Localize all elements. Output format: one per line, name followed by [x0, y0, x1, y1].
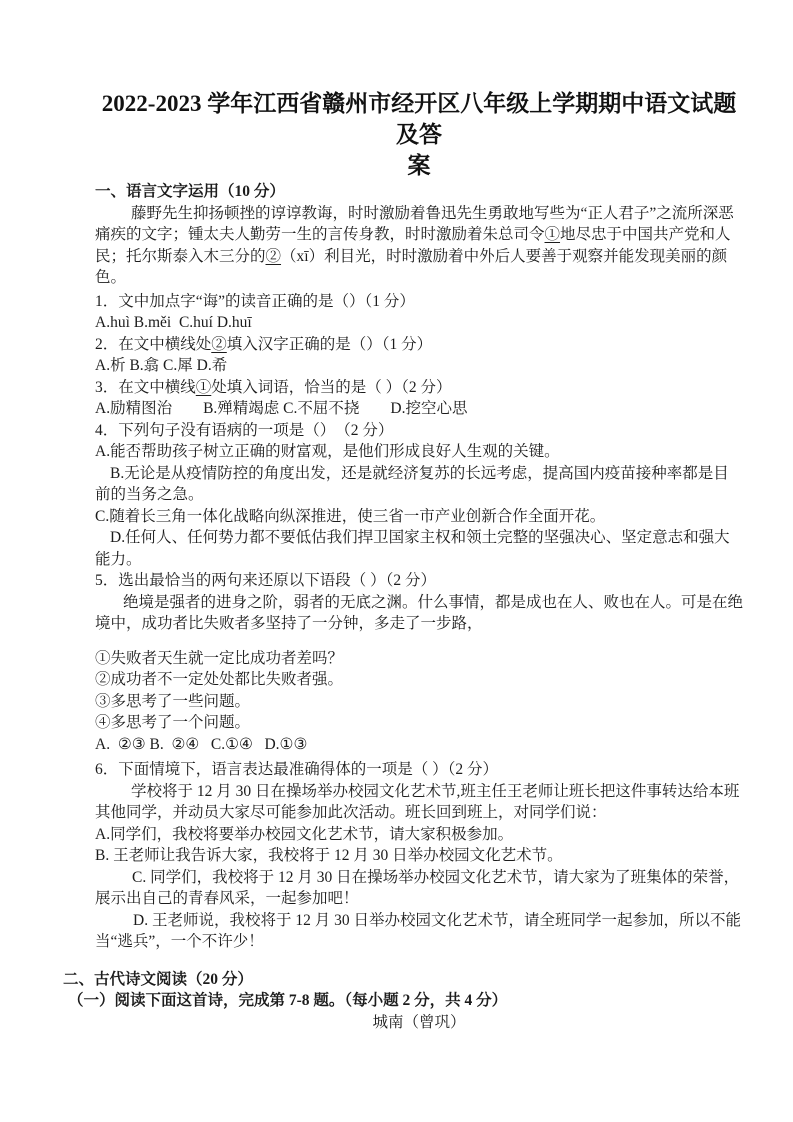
question-5: 5．选出最恰当的两句来还原以下语段（ ）（2 分） 绝境是强者的进身之阶，弱者的… — [95, 570, 743, 755]
section1-heading: 一、语言文字运用（10 分） — [95, 181, 743, 203]
question-4: 4．下列句子没有语病的一项是（） （2 分） A.能否帮助孩子树立正确的财富观，… — [95, 420, 743, 571]
question-5-options: A. ②③ B. ②④ C.①④ D.①③ — [95, 734, 743, 756]
question-1-options: A.huì B.měi C.huí D.huī — [95, 312, 743, 334]
question-3: 3．在文中横线①处填入词语，恰当的是（ ）（2 分） A.励精图治 B.殚精竭虑… — [95, 377, 743, 420]
question-1-stem: 1．文中加点字“诲”的读音正确的是（）（1 分） — [95, 291, 743, 313]
document-title: 2022-2023 学年江西省赣州市经开区八年级上学期期中语文试题及答 案 — [95, 88, 743, 181]
poem-title: 城南（曾巩） — [95, 1012, 743, 1034]
question-1: 1．文中加点字“诲”的读音正确的是（）（1 分） A.huì B.měi C.h… — [95, 291, 743, 334]
section2-heading: 二、古代诗文阅读（20 分） — [63, 969, 743, 991]
question-6-option-a: A.同学们，我校将要举办校园文化艺术节，请大家积极参加。 — [95, 824, 743, 846]
question-4-option-c: C.随着长三角一体化战略向纵深推进，使三省一市产业创新合作全面开花。 — [95, 506, 743, 528]
question-6: 6．下面情境下，语言表达最准确得体的一项是（ ）（2 分） 学校将于 12 月 … — [95, 759, 743, 953]
exam-document-page: 2022-2023 学年江西省赣州市经开区八年级上学期期中语文试题及答 案 一、… — [0, 0, 793, 1122]
question-3-stem: 3．在文中横线①处填入词语，恰当的是（ ）（2 分） — [95, 377, 743, 399]
question-6-option-b: B. 王老师让我告诉大家，我校将于 12 月 30 日举办校园文化艺术节。 — [95, 845, 743, 867]
question-5-item-1: ①失败者天生就一定比成功者差吗？ — [95, 648, 743, 670]
question-4-option-d: D.任何人、任何势力都不要低估我们捍卫国家主权和领土完整的坚强决心、坚定意志和强… — [95, 527, 743, 570]
question-6-scenario: 学校将于 12 月 30 日在操场举办校园文化艺术节,班主任王老师让班长把这件事… — [95, 781, 743, 824]
question-5-item-4: ④多思考了一个问题。 — [95, 712, 743, 734]
section2-subheading: （一）阅读下面这首诗，完成第 7-8 题。（每小题 2 分，共 4 分） — [68, 990, 743, 1012]
question-2-stem: 2．在文中横线处②填入汉字正确的是（）（1 分） — [95, 334, 743, 356]
question-5-passage: 绝境是强者的进身之阶，弱者的无底之渊。什么事情，都是成也在人、败也在人。可是在绝… — [95, 592, 743, 635]
question-2-options: A.析 B.翕 C.犀 D.希 — [95, 355, 743, 377]
question-5-item-2: ②成功者不一定处处都比失败者强。 — [95, 669, 743, 691]
question-5-item-3: ③多思考了一些问题。 — [95, 691, 743, 713]
question-6-option-d: D. 王老师说，我校将于 12 月 30 日举办校园文化艺术节，请全班同学一起参… — [95, 910, 743, 953]
question-6-stem: 6．下面情境下，语言表达最准确得体的一项是（ ）（2 分） — [95, 759, 743, 781]
section2: 二、古代诗文阅读（20 分） （一）阅读下面这首诗，完成第 7-8 题。（每小题… — [95, 969, 743, 1034]
question-5-items: ①失败者天生就一定比成功者差吗？ ②成功者不一定处处都比失败者强。 ③多思考了一… — [95, 648, 743, 734]
question-4-stem: 4．下列句子没有语病的一项是（） （2 分） — [95, 420, 743, 442]
question-4-option-a: A.能否帮助孩子树立正确的财富观，是他们形成良好人生观的关键。 — [95, 441, 743, 463]
question-6-option-c: C. 同学们，我校将于 12 月 30 日在操场举办校园文化艺术节，请大家为了班… — [95, 867, 743, 910]
question-2: 2．在文中横线处②填入汉字正确的是（）（1 分） A.析 B.翕 C.犀 D.希 — [95, 334, 743, 377]
question-5-stem: 5．选出最恰当的两句来还原以下语段（ ）（2 分） — [95, 570, 743, 592]
question-4-option-b: B.无论是从疫情防控的角度出发，还是就经济复苏的长远考虑，提高国内疫苗接种率都是… — [95, 463, 743, 506]
intro-paragraph: 藤野先生抑扬顿挫的谆谆教诲，时时激励着鲁迅先生勇敢地写些为“正人君子”之流所深恶… — [95, 203, 743, 289]
question-3-options: A.励精图治 B.殚精竭虑 C.不屈不挠 D.挖空心思 — [95, 398, 743, 420]
